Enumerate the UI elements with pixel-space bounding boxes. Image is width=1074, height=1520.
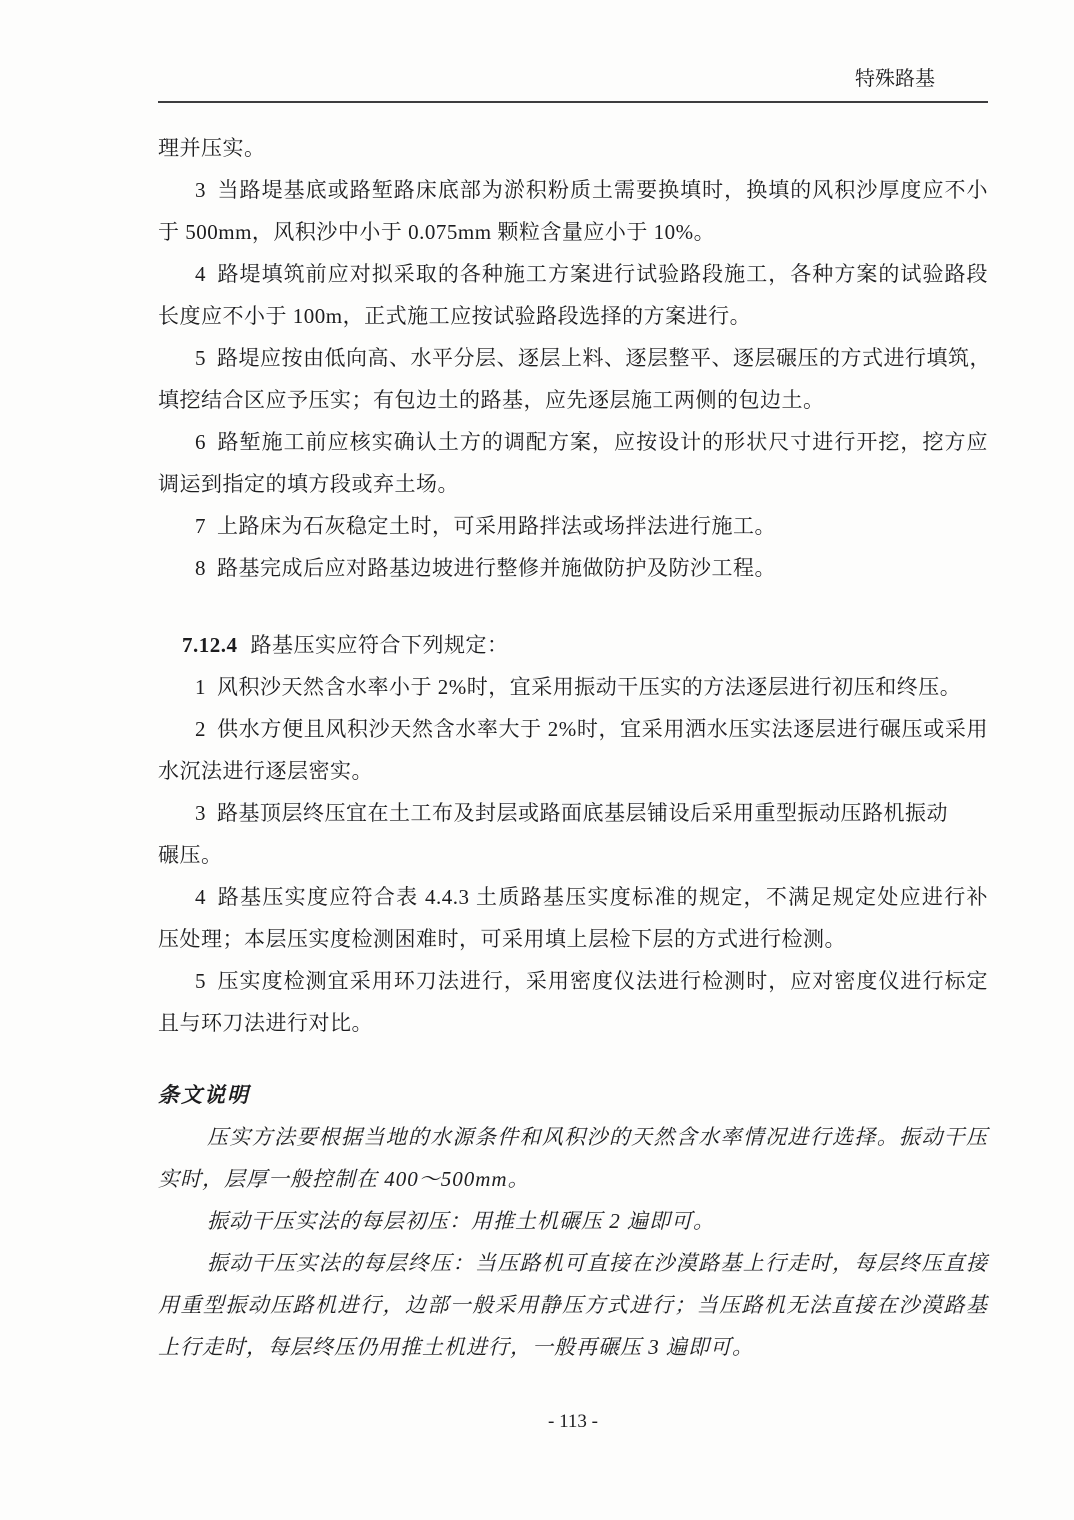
- text-line: 1 风积沙天然含水率小于 2%时，宜采用振动干压实的方法逐层进行初压和终压。: [158, 666, 988, 708]
- page-header: 特殊路基: [158, 58, 988, 103]
- sub-item-3: 3 路基顶层终压宜在土工布及封层或路面底基层铺设后采用重型振动压路机振动碾压。: [158, 792, 988, 876]
- text-line: 填挖结合区应予压实；有包边土的路基，应先逐层施工两侧的包边土。: [158, 379, 988, 421]
- text-line: 水沉法进行逐层密实。: [158, 750, 988, 792]
- text-line: 4 路基压实度应符合表 4.4.3 土质路基压实度标准的规定，不满足规定处应进行…: [158, 876, 988, 918]
- text-line: 上行走时，每层终压仍用推土机进行，一般再碾压 3 遍即可。: [158, 1326, 988, 1368]
- text-line: 碾压。: [158, 834, 988, 876]
- text-line: 实时，层厚一般控制在 400～500mm。: [158, 1158, 988, 1200]
- text-line: 3 当路堤基底或路堑路床底部为淤积粉质土需要换填时，换填的风积沙厚度应不小: [158, 169, 988, 211]
- clause-item-8: 8 路基完成后应对路基边坡进行整修并施做防护及防沙工程。: [158, 547, 988, 589]
- document-page: 特殊路基 理并压实。3 当路堤基底或路堑路床底部为淤积粉质土需要换填时，换填的风…: [0, 0, 1074, 1520]
- text-line: 振动干压实法的每层终压：当压路机可直接在沙漠路基上行走时，每层终压直接: [158, 1242, 988, 1284]
- text-line: 7.12.4路基压实应符合下列规定：: [158, 624, 988, 666]
- text-line: 5 压实度检测宜采用环刀法进行，采用密度仪法进行检测时，应对密度仪进行标定: [158, 960, 988, 1002]
- text-line: 振动干压实法的每层初压：用推土机碾压 2 遍即可。: [158, 1200, 988, 1242]
- text-line: 理并压实。: [158, 127, 988, 169]
- clause-title: 路基压实应符合下列规定：: [251, 633, 509, 657]
- text-line: 用重型振动压路机进行，边部一般采用静压方式进行；当压路机无法直接在沙漠路基: [158, 1284, 988, 1326]
- page-number: - 113 -: [548, 1411, 598, 1432]
- text-line: 压实方法要根据当地的水源条件和风积沙的天然含水率情况进行选择。振动干压: [158, 1116, 988, 1158]
- page-footer: - 113 -: [158, 1401, 988, 1443]
- text-line: 2 供水方便且风积沙天然含水率大于 2%时，宜采用洒水压实法逐层进行碾压或采用: [158, 708, 988, 750]
- text-line: 条文说明: [158, 1074, 988, 1116]
- sub-item-5: 5 压实度检测宜采用环刀法进行，采用密度仪法进行检测时，应对密度仪进行标定且与环…: [158, 960, 988, 1044]
- sub-item-4: 4 路基压实度应符合表 4.4.3 土质路基压实度标准的规定，不满足规定处应进行…: [158, 876, 988, 960]
- clause-item-6: 6 路堑施工前应核实确认土方的调配方案，应按设计的形状尺寸进行开挖，挖方应调运到…: [158, 421, 988, 505]
- clause-item-4: 4 路堤填筑前应对拟采取的各种施工方案进行试验路段施工，各种方案的试验路段长度应…: [158, 253, 988, 337]
- explanation-paragraph-2: 振动干压实法的每层初压：用推土机碾压 2 遍即可。: [158, 1200, 988, 1242]
- explanation-label: 条文说明: [158, 1074, 988, 1116]
- clause-item-5: 5 路堤应按由低向高、水平分层、逐层上料、逐层整平、逐层碾压的方式进行填筑，填挖…: [158, 337, 988, 421]
- clause-number: 7.12.4: [182, 633, 238, 657]
- text-line: 长度应不小于 100m，正式施工应按试验路段选择的方案进行。: [158, 295, 988, 337]
- text-line: 6 路堑施工前应核实确认土方的调配方案，应按设计的形状尺寸进行开挖，挖方应: [158, 421, 988, 463]
- clause-item-3: 3 当路堤基底或路堑路床底部为淤积粉质土需要换填时，换填的风积沙厚度应不小于 5…: [158, 169, 988, 253]
- text-line: 4 路堤填筑前应对拟采取的各种施工方案进行试验路段施工，各种方案的试验路段: [158, 253, 988, 295]
- header-title: 特殊路基: [855, 68, 935, 90]
- text-line: 于 500mm，风积沙中小于 0.075mm 颗粒含量应小于 10%。: [158, 211, 988, 253]
- text-line: 压处理；本层压实度检测困难时，可采用填上层检下层的方式进行检测。: [158, 918, 988, 960]
- document-body: 理并压实。3 当路堤基底或路堑路床底部为淤积粉质土需要换填时，换填的风积沙厚度应…: [158, 127, 988, 1368]
- text-line: 3 路基顶层终压宜在土工布及封层或路面底基层铺设后采用重型振动压路机振动: [158, 792, 988, 834]
- text-line: 调运到指定的填方段或弃土场。: [158, 463, 988, 505]
- text-line: 8 路基完成后应对路基边坡进行整修并施做防护及防沙工程。: [158, 547, 988, 589]
- paragraph-continuation: 理并压实。: [158, 127, 988, 169]
- clause-heading-7-12-4: 7.12.4路基压实应符合下列规定：: [158, 624, 988, 666]
- sub-item-2: 2 供水方便且风积沙天然含水率大于 2%时，宜采用洒水压实法逐层进行碾压或采用水…: [158, 708, 988, 792]
- text-line: 5 路堤应按由低向高、水平分层、逐层上料、逐层整平、逐层碾压的方式进行填筑，: [158, 337, 988, 379]
- text-line: 且与环刀法进行对比。: [158, 1002, 988, 1044]
- text-line: 7 上路床为石灰稳定土时，可采用路拌法或场拌法进行施工。: [158, 505, 988, 547]
- clause-item-7: 7 上路床为石灰稳定土时，可采用路拌法或场拌法进行施工。: [158, 505, 988, 547]
- explanation-paragraph-3: 振动干压实法的每层终压：当压路机可直接在沙漠路基上行走时，每层终压直接用重型振动…: [158, 1242, 988, 1368]
- sub-item-1: 1 风积沙天然含水率小于 2%时，宜采用振动干压实的方法逐层进行初压和终压。: [158, 666, 988, 708]
- explanation-paragraph-1: 压实方法要根据当地的水源条件和风积沙的天然含水率情况进行选择。振动干压实时，层厚…: [158, 1116, 988, 1200]
